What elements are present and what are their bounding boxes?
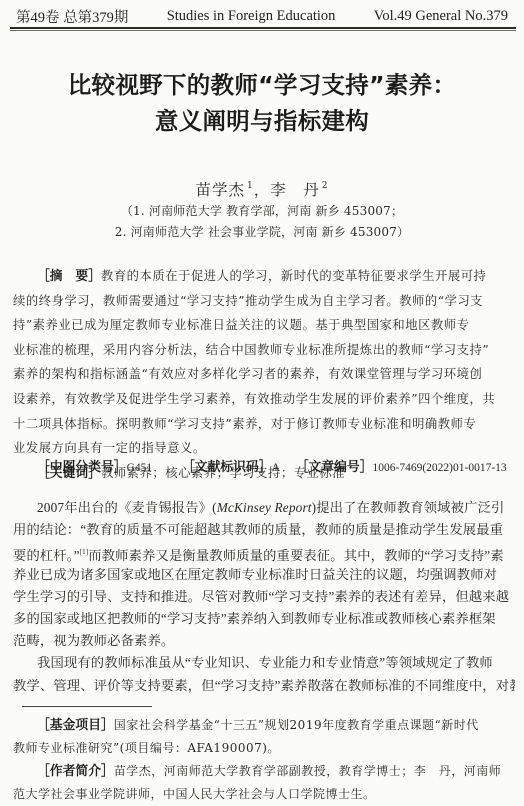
body-line: 多的国家或地区把教师的“学习支持”素养纳入到教师专业标准或教师核心素养框架 [13,608,515,630]
abstract-line: 设素养，有效教学及促进学生学习素养，有效推动学生发展的评价素养”四个维度，共 [13,387,515,412]
fund-line: 教师专业标准研究”(项目编号：AFA190007)。 [13,737,515,760]
article-title: 比较视野下的教师“学习支持”素养： 意义阐明与指标建构 [0,67,524,139]
doc-code-label: ［文献标识码］ [182,460,272,475]
abstract-line: 素养的架构和指标涵盖“有效应对多样化学习者的素养，有效课堂管理与学习环境创 [13,362,515,387]
author-1-affil-marker: 1 [247,181,254,191]
abstract-line: 持”素养业已成为厘定教师专业标准日益关注的议题。基于典型国家和地区教师专 [13,313,515,338]
affiliation-2: 2. 河南师范大学 社会事业学院，河南 新乡 453007） [0,222,524,243]
footnote-divider [22,706,152,707]
citation-marker[interactable]: [1] [80,548,89,556]
abstract-label: ［摘 要］ [37,269,101,284]
author-2: 李 丹 [270,181,320,199]
article-metadata: ［中图分类号］G451 ［文献标识码］A ［文章编号］1006-7469(202… [37,456,507,475]
body-line: 用的结论：“教育的质量不可能超越其教师的质量，教师的质量是推动学生发展最重 [13,519,515,541]
body-text: 2007年出台的《麦肯锡报告》(McKinsey Report)提出了在教师教育… [13,497,515,697]
running-header: 第49卷 总第379期 Studies in Foreign Education… [16,4,508,28]
body-line: 学生学习的引导、支持和推进。尽管对教师“学习支持”素养的表述有差异，但越来越 [13,586,515,608]
author-bio-line: ［作者简介］苗学杰，河南师范大学教育学部副教授，教育学博士；李 丹，河南师 [13,760,515,783]
author-list: 苗学杰1，李 丹2 [0,178,524,200]
body-line: 要的杠杆。”[1]而教师素养又是衡量教师质量的重要表征。其中，教师的“学习支持”… [13,541,515,563]
article-no-label: ［文章编号］ [296,460,373,475]
title-line-1: 比较视野下的教师“学习支持”素养： [0,67,524,103]
header-rule-thick [10,27,516,29]
issue-cn: 第49卷 总第379期 [16,6,128,27]
issue-en: Vol.49 General No.379 [374,8,508,25]
fund-label: ［基金项目］ [37,718,114,733]
journal-name: Studies in Foreign Education [167,8,336,25]
footnotes: ［基金项目］国家社会科学基金“十三五”规划2019年度教育学重点课题“新时代 教… [13,714,515,806]
abstract-line: 十二项具体指标。探明教师“学习支持”素养，对于修订教师专业标准和明确教师专 [13,412,515,437]
abstract-line: 续的终身学习，教师需要通过“学习支持”推动学生成为自主学习者。教师的“学习支 [13,289,515,314]
author-2-affil-marker: 2 [322,181,329,191]
body-line: 2007年出台的《麦肯锡报告》(McKinsey Report)提出了在教师教育… [13,497,515,519]
clc-value: G451 [127,462,153,474]
abstract-line: ［摘 要］教育的本质在于促进人的学习，新时代的变革特征要求学生开展可持 [13,264,515,289]
doc-code-value: A [272,462,280,474]
affiliations: （1. 河南师范大学 教育学部，河南 新乡 453007； 2. 河南师范大学 … [0,201,524,243]
title-line-2: 意义阐明与指标建构 [0,103,524,139]
report-title-en: McKinsey Report [217,500,312,515]
abstract: ［摘 要］教育的本质在于促进人的学习，新时代的变革特征要求学生开展可持 续的终身… [13,264,515,485]
author-separator: ， [254,181,271,199]
fund-line: ［基金项目］国家社会科学基金“十三五”规划2019年度教育学重点课题“新时代 [13,714,515,737]
clc-label: ［中图分类号］ [37,460,127,475]
article-no-value: 1006-7469(2022)01-0017-13 [373,462,507,474]
body-line: 教学、管理、评价等支持要素，但“学习支持”素养散落在教师标准的不同维度中，对教 [13,675,515,697]
header-rule-thin [10,30,516,31]
author-bio-label: ［作者简介］ [37,764,114,779]
author-bio-line: 范大学社会事业学院讲师，中国人民大学社会与人口学院博士生。 [13,783,515,806]
author-1: 苗学杰 [195,181,245,199]
abstract-line: 业标准的梳理，采用内容分析法，结合中国教师专业标准所提炼出的教师“学习支持” [13,338,515,363]
body-line: 养业已成为诸多国家或地区在厘定教师专业标准时日益关注的议题，均强调教师对 [13,564,515,586]
body-line: 范畴，视为教师必备素养。 [13,630,515,652]
affiliation-1: （1. 河南师范大学 教育学部，河南 新乡 453007； [0,201,524,222]
body-line: 我国现有的教师标准虽从“专业知识、专业能力和专业情意”等领域规定了教师 [13,652,515,674]
